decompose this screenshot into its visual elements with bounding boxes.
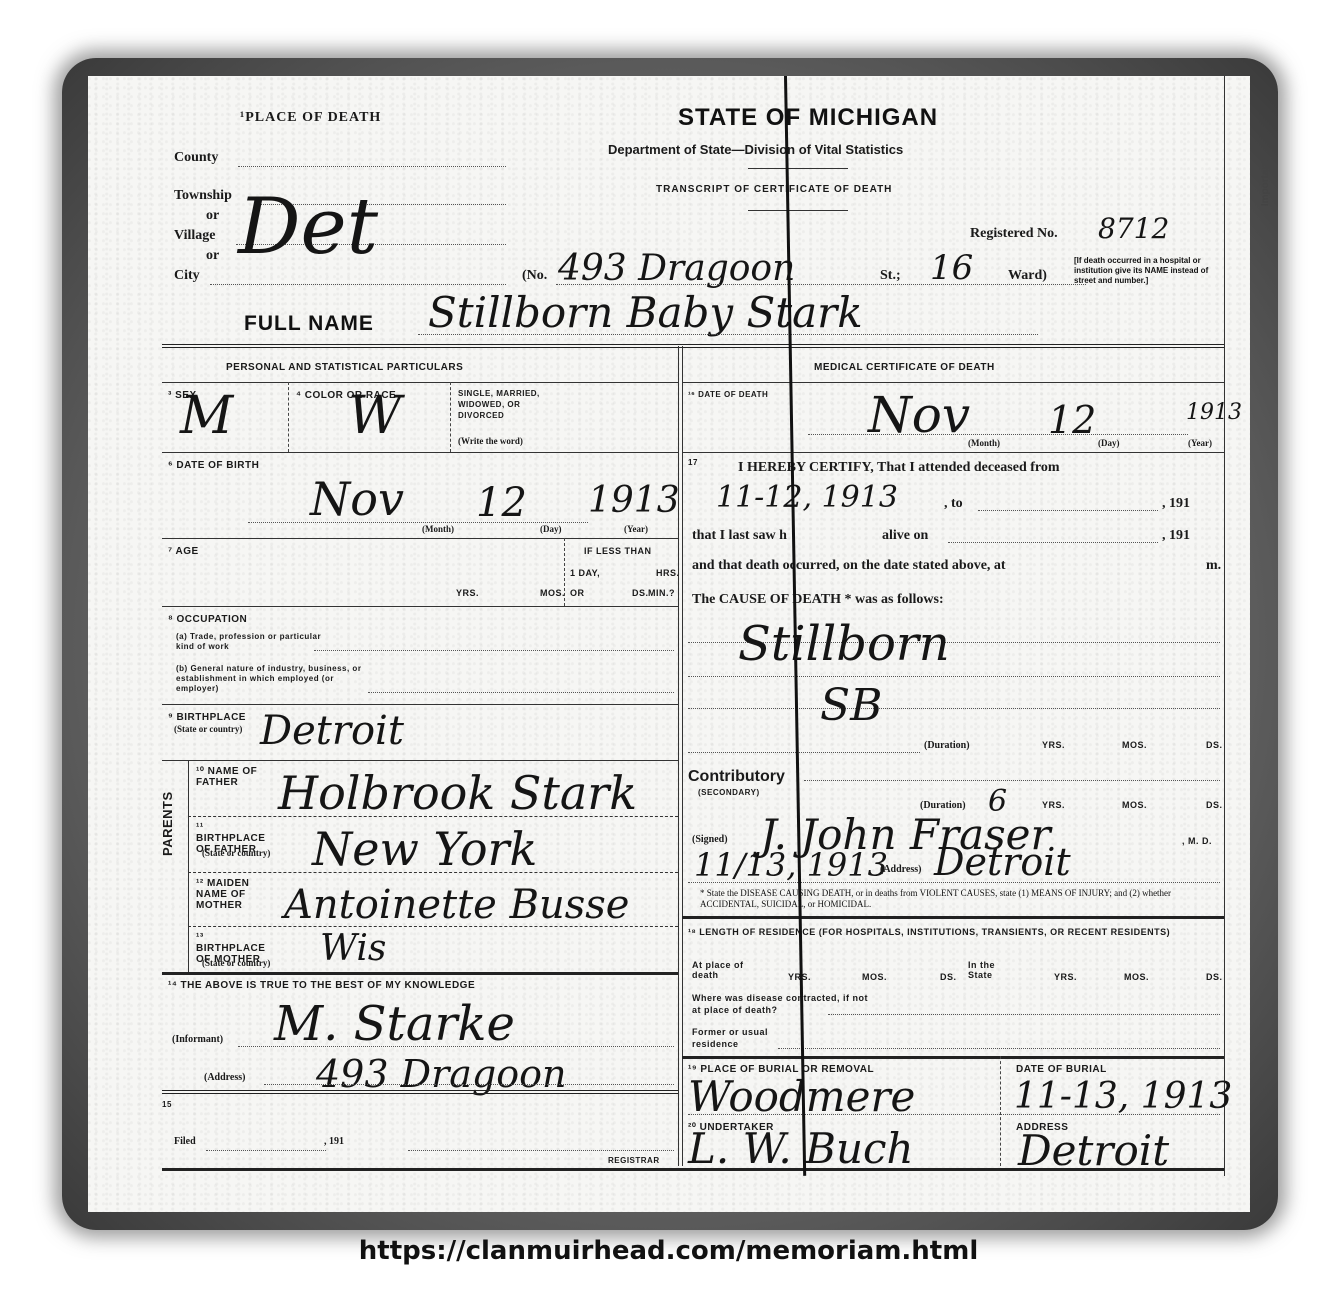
personal-section-title: PERSONAL AND STATISTICAL PARTICULARS	[226, 362, 463, 373]
occupation-label: ⁸ OCCUPATION	[168, 614, 247, 625]
mother-maiden-value: Antoinette Busse	[284, 882, 629, 928]
ward-value: 16	[930, 248, 973, 288]
institution-note: [If death occurred in a hospital or inst…	[1074, 256, 1224, 286]
dob-year: 1913	[588, 480, 680, 521]
informant-value: M. Starke	[274, 996, 515, 1052]
birthplace-hint: (State or country)	[174, 724, 242, 734]
less-than-label: If LESS than	[584, 546, 652, 556]
occupation-a: (a) Trade, profession or particular kind…	[176, 632, 326, 652]
death-occurred-text: and that death occurred, on the date sta…	[692, 558, 1006, 574]
filed-year: , 191	[324, 1136, 344, 1147]
street-suffix: St.;	[880, 268, 901, 284]
duration2-mos: mos.	[1122, 800, 1147, 810]
full-name-value: Stillborn Baby Stark	[428, 288, 863, 337]
registered-no-label: Registered No.	[970, 226, 1058, 242]
less-than-day: 1 day,	[570, 568, 600, 578]
age-yrs: yrs.	[456, 588, 479, 598]
form-title: TRANSCRIPT OF CERTIFICATE OF DEATH	[656, 184, 892, 195]
side-margin-note: Important	[1260, 160, 1271, 206]
father-name-value: Holbrook Stark	[278, 766, 637, 820]
at-place-of-death-label: At place of death	[692, 960, 752, 980]
date-of-birth-label: ⁶ DATE OF BIRTH	[168, 460, 259, 471]
less-than-min: min.?	[648, 588, 675, 598]
dob-month: Nov	[310, 472, 404, 526]
signed-label: (Signed)	[692, 834, 728, 845]
cause-of-death-label: The CAUSE OF DEATH * was as follows:	[692, 592, 944, 608]
where-contracted-label: Where was disease contracted, if not at …	[692, 992, 872, 1016]
last-saw-label: that I last saw h	[692, 528, 787, 544]
city-label: City	[174, 268, 200, 284]
marital-hint: (Write the word)	[458, 436, 523, 446]
color-race-value: W	[348, 386, 401, 446]
undertaker-value: L. W. Buch	[688, 1124, 914, 1173]
birthplace-label: ⁹ BIRTHPLACE	[168, 712, 246, 723]
father-name-label: ¹⁰ NAME OF FATHER	[196, 766, 276, 788]
less-than-or: or	[570, 588, 585, 598]
registered-no-value: 8712	[1098, 212, 1169, 245]
parents-side-label: PARENTS	[160, 791, 175, 856]
cause-footnote: * State the DISEASE CAUSING DEATH, or in…	[700, 888, 1220, 910]
contributory-label: Contributory	[688, 768, 785, 786]
filed-label: Filed	[174, 1136, 196, 1147]
secondary-label: (SECONDARY)	[698, 788, 760, 797]
burial-date-label: DATE OF BURIAL	[1016, 1064, 1107, 1075]
age-label: ⁷ AGE	[168, 546, 199, 557]
village-label: Village	[174, 228, 215, 244]
age-mos: mos.	[540, 588, 565, 598]
duration-mos: mos.	[1122, 740, 1147, 750]
dob-year-caption: (Year)	[624, 524, 648, 534]
occupation-b: (b) General nature of industry, business…	[176, 664, 366, 694]
sex-value: M	[180, 386, 233, 446]
cause-of-death-value: Stillborn	[738, 616, 950, 672]
dob-day: 12	[476, 480, 527, 526]
duration-yrs: yrs.	[1042, 740, 1065, 750]
state-title: STATE OF MICHIGAN	[678, 104, 938, 132]
informant-address-label: (Address)	[204, 1072, 245, 1083]
mother-birthplace-hint: (State or country)	[202, 958, 270, 968]
dob-day-caption: (Day)	[540, 524, 562, 534]
attended-from-value: 11-12, 1913	[716, 480, 898, 515]
attended-to-label: , to	[944, 496, 963, 512]
state-mos: mos.	[1124, 972, 1149, 982]
alive-on-year: , 191	[1162, 528, 1190, 544]
date-of-death-label: ¹⁶ DATE OF DEATH	[688, 390, 768, 399]
age-ds: ds.	[632, 588, 649, 598]
former-residence-label: Former or usual residence	[692, 1026, 792, 1050]
less-than-hrs: hrs.	[656, 568, 680, 578]
department-line: Department of State—Division of Vital St…	[608, 142, 903, 157]
undertaker-address-value: Detroit	[1018, 1126, 1169, 1175]
signed-date: 11/13, 1913	[694, 846, 888, 884]
physician-address-label: (Address)	[880, 864, 921, 875]
full-name-label: FULL NAME	[244, 312, 374, 336]
residence-mos: mos.	[862, 972, 887, 982]
duration-label: (Duration)	[924, 740, 970, 751]
street-prefix: (No.	[522, 268, 547, 284]
duration2-ds: ds.	[1206, 800, 1223, 810]
physician-address-value: Detroit	[934, 840, 1071, 884]
length-of-residence-label: ¹⁸ LENGTH OF RESIDENCE (FOR HOSPITALS, I…	[688, 926, 1218, 938]
source-url[interactable]: https://clanmuirhead.com/memoriam.html	[0, 1236, 1337, 1266]
burial-date-value: 11-13, 1913	[1014, 1076, 1232, 1117]
md-label: , M. D.	[1182, 836, 1212, 846]
city-value: Det	[238, 182, 378, 272]
township-label: Township	[174, 188, 232, 204]
death-certificate: ¹PLACE OF DEATH County Township or Villa…	[88, 76, 1250, 1212]
attended-to-year: , 191	[1162, 496, 1190, 512]
ward-label: Ward)	[1008, 268, 1047, 284]
dod-year-caption: (Year)	[1188, 438, 1212, 448]
residence-ds: ds.	[940, 972, 957, 982]
father-birthplace-hint: (State or country)	[202, 848, 270, 858]
informant-statement: ¹⁴ THE ABOVE IS TRUE TO THE BEST OF MY K…	[168, 980, 475, 991]
duration-ds: ds.	[1206, 740, 1223, 750]
dod-month-caption: (Month)	[968, 438, 1000, 448]
line-15-number: 15	[162, 1100, 172, 1109]
in-state-label: In the State	[968, 960, 1018, 980]
registrar-label: REGISTRAR	[608, 1156, 660, 1165]
informant-label: (Informant)	[172, 1034, 223, 1045]
marital-status-label: SINGLE, MARRIED, WIDOWED, OR DIVORCED	[458, 388, 548, 421]
cause-mark: SB	[820, 680, 882, 731]
dob-month-caption: (Month)	[422, 524, 454, 534]
or-label-2: or	[206, 248, 219, 264]
father-birthplace-value: New York	[312, 822, 537, 876]
mother-maiden-label: ¹² MAIDEN NAME OF MOTHER	[196, 878, 276, 911]
place-of-death-heading: ¹PLACE OF DEATH	[240, 110, 381, 126]
medical-section-title: MEDICAL CERTIFICATE OF DEATH	[814, 362, 995, 373]
dod-day: 12	[1048, 398, 1096, 442]
dod-year: 1913	[1186, 400, 1242, 425]
birthplace-value: Detroit	[260, 708, 404, 754]
county-label: County	[174, 150, 218, 166]
death-occurred-m: m.	[1206, 558, 1221, 574]
street-value: 493 Dragoon	[558, 248, 795, 289]
certify-text: I HEREBY CERTIFY, That I attended deceas…	[738, 460, 1060, 476]
alive-on-label: alive on	[882, 528, 928, 544]
dod-month: Nov	[868, 386, 970, 444]
state-yrs: yrs.	[1054, 972, 1077, 982]
state-ds: ds.	[1206, 972, 1223, 982]
certify-number: 17	[688, 458, 698, 467]
mother-birthplace-value: Wis	[320, 928, 386, 969]
dod-day-caption: (Day)	[1098, 438, 1120, 448]
duration2-yrs: yrs.	[1042, 800, 1065, 810]
or-label-1: or	[206, 208, 219, 224]
